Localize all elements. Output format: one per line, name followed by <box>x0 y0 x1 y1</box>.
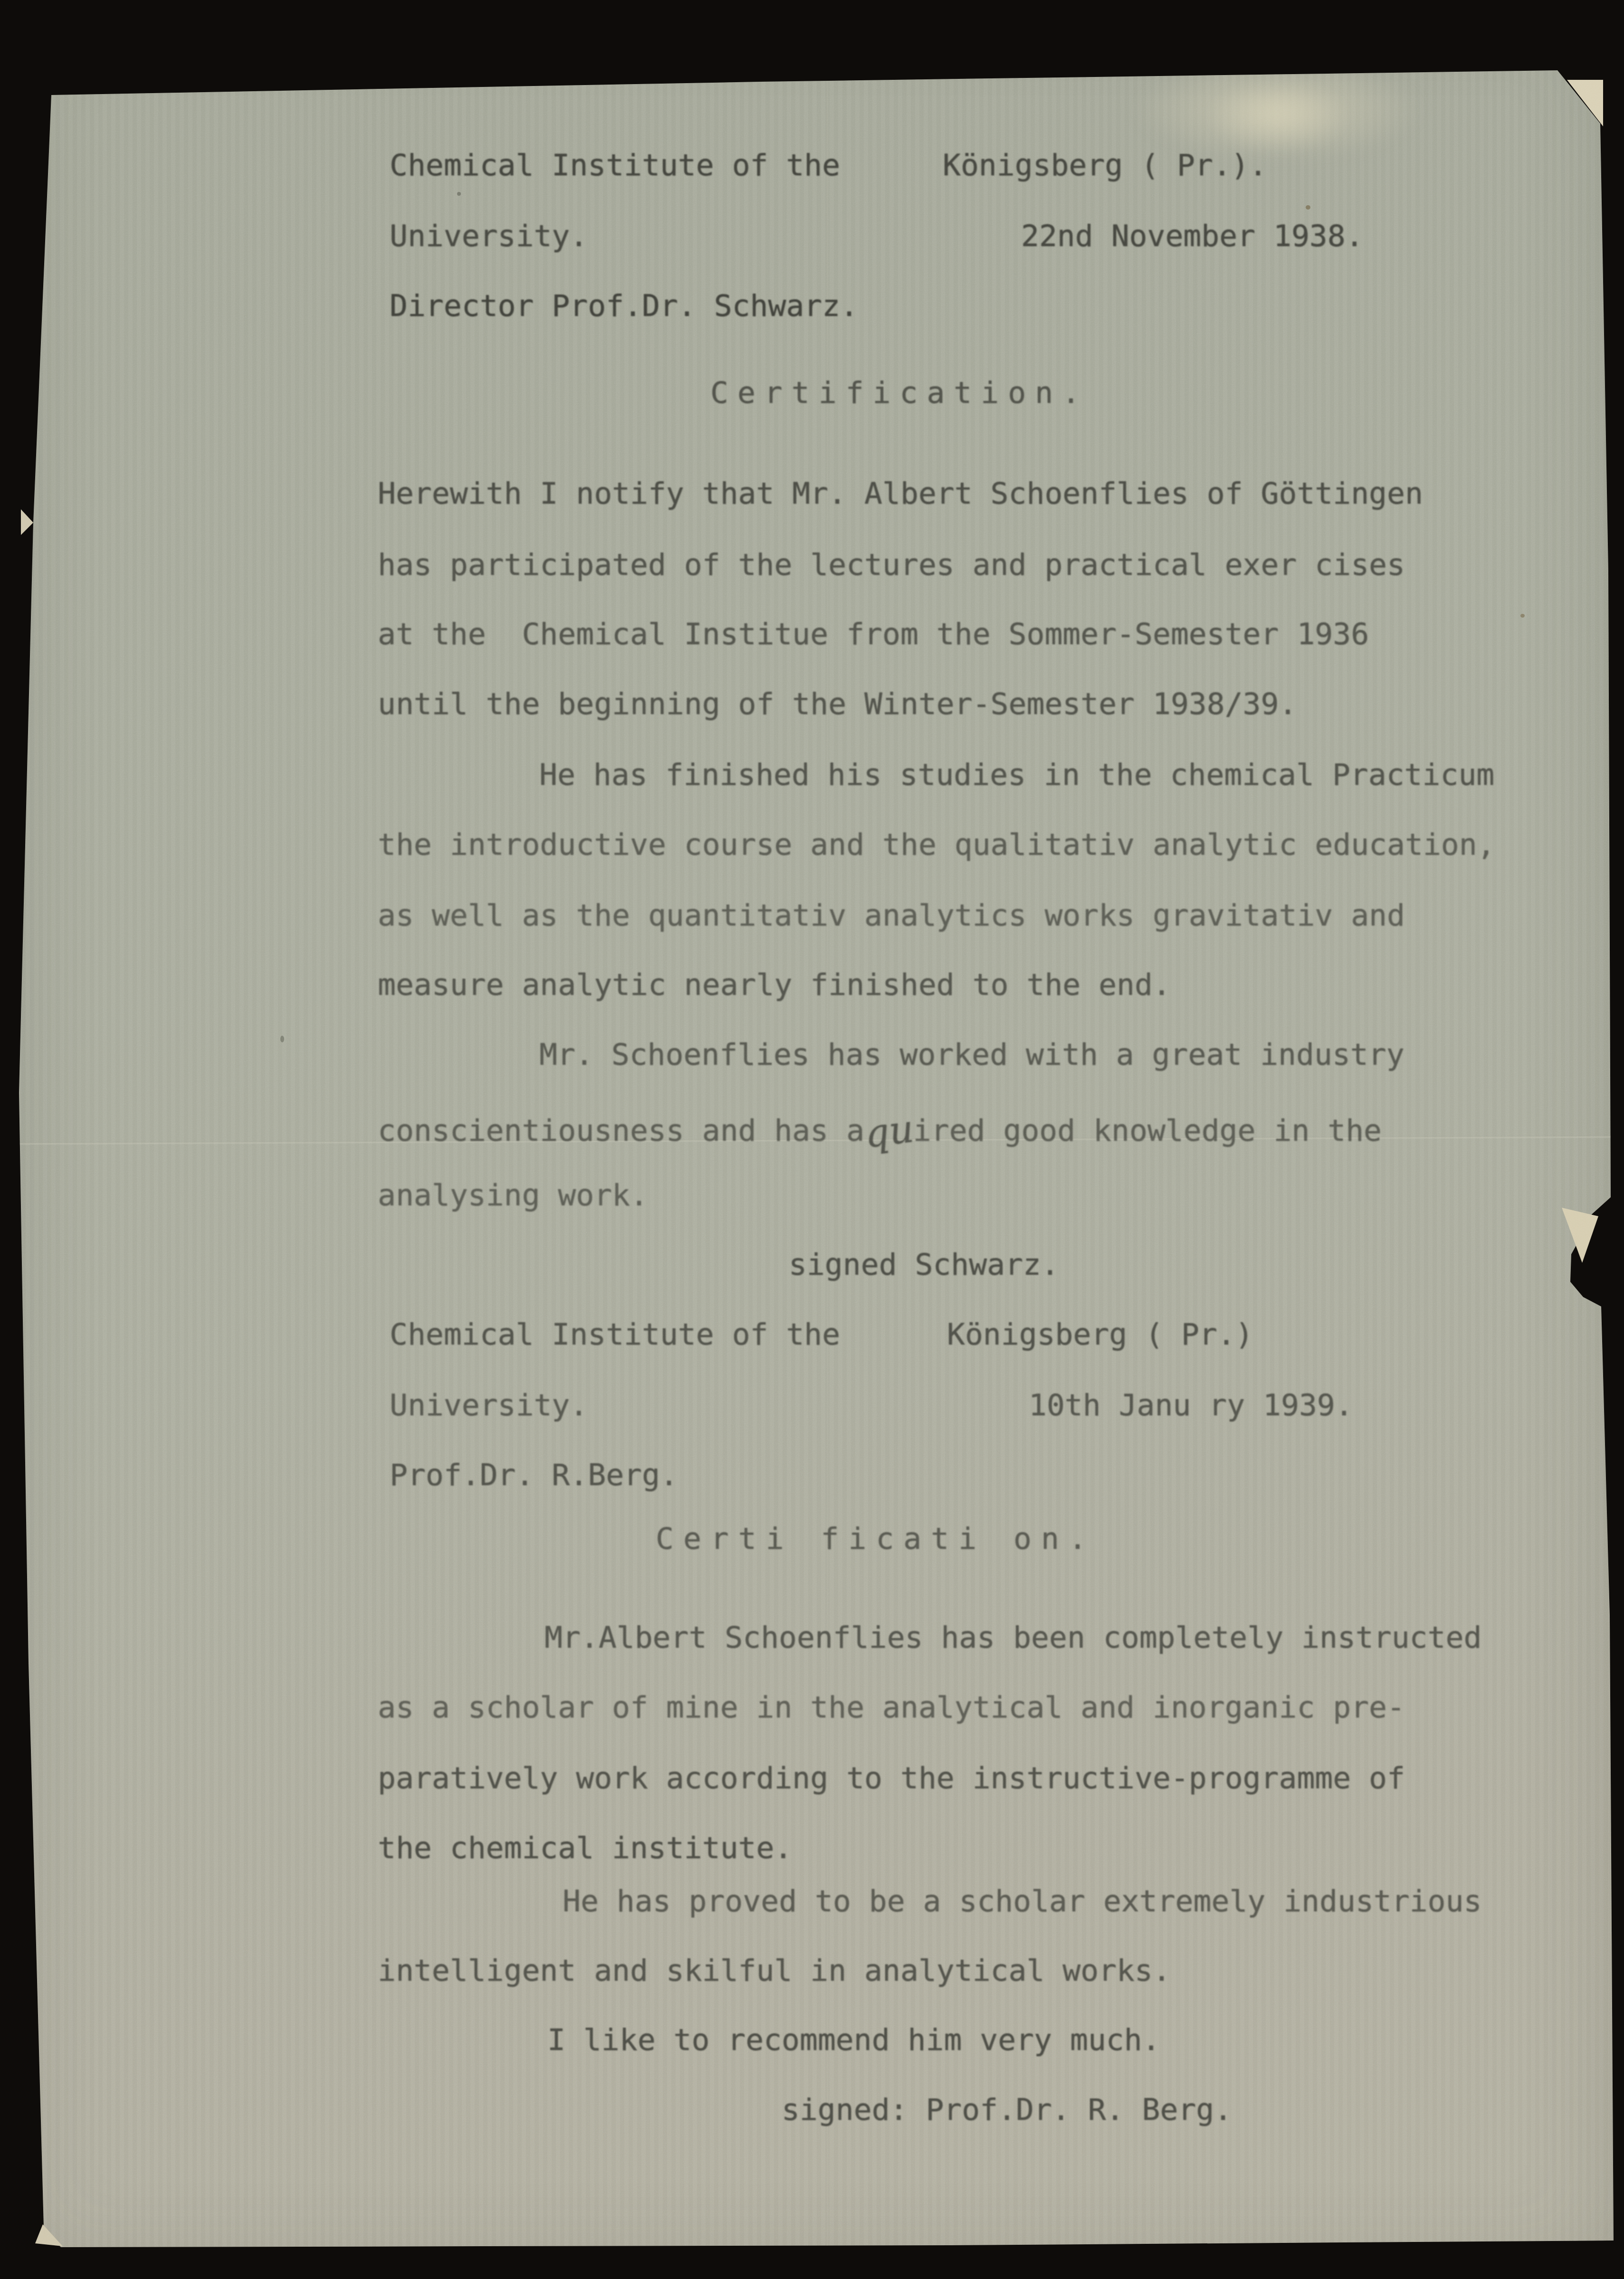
body-line: has participated of the lectures and pra… <box>378 550 1405 580</box>
recommendation-line: I like to recommend him very much. <box>547 2025 1160 2055</box>
institute-line: Prof.Dr. R.Berg. <box>390 1460 678 1490</box>
body-line: until the beginning of the Winter-Semest… <box>378 689 1297 719</box>
signature-line: signed Schwarz. <box>789 1249 1059 1279</box>
body-line: paratively work according to the instruc… <box>378 1763 1405 1793</box>
paper-sheet: Chemical Institute of the Königsberg ( P… <box>0 0 1624 2279</box>
institute-line: University. <box>390 1390 588 1420</box>
body-line: conscientiousness and has aquired good k… <box>378 1109 1382 1147</box>
certification-title: Certification. <box>710 378 1089 408</box>
body-line: at the Chemical Institue from the Sommer… <box>378 619 1369 649</box>
institute-line: Chemical Institute of the <box>390 1319 840 1349</box>
body-line: measure analytic nearly finished to the … <box>378 970 1171 1000</box>
typed-text: ired good knowledge in the <box>913 1113 1382 1148</box>
institute-line: University. <box>390 221 588 251</box>
certification-title: Certi ficati on. <box>656 1524 1096 1554</box>
body-line: as well as the quantitativ analytics wor… <box>378 900 1405 930</box>
body-line: He has proved to be a scholar extremely … <box>563 1886 1481 1916</box>
typed-text: conscientiousness and has a <box>378 1113 864 1148</box>
body-line: as a scholar of mine in the analytical a… <box>378 1692 1405 1722</box>
institute-line: Director Prof.Dr. Schwarz. <box>390 291 858 321</box>
body-line: Herewith I notify that Mr. Albert Schoen… <box>378 478 1423 508</box>
body-line: He has finished his studies in the chemi… <box>539 760 1494 790</box>
body-line: the introductive course and the qualitat… <box>378 830 1495 859</box>
body-line: analysing work. <box>378 1180 648 1210</box>
body-line: intelligent and skilful in analytical wo… <box>378 1955 1171 1985</box>
signature-line: signed: Prof.Dr. R. Berg. <box>782 2095 1232 2125</box>
typed-text-layer: Chemical Institute of the Königsberg ( P… <box>0 0 1624 2279</box>
date-line: 22nd November 1938. <box>1021 221 1364 251</box>
place-line: Königsberg ( Pr.) <box>947 1319 1253 1349</box>
body-line: Mr. Schoenflies has worked with a great … <box>539 1039 1404 1069</box>
handwritten-correction: qu <box>863 1110 916 1154</box>
scan-stage: Chemical Institute of the Königsberg ( P… <box>0 0 1624 2279</box>
place-line: Königsberg ( Pr.). <box>943 150 1267 180</box>
body-line: Mr.Albert Schoenflies has been completel… <box>545 1622 1481 1652</box>
institute-line: Chemical Institute of the <box>390 150 840 180</box>
date-line: 10th Janu ry 1939. <box>1029 1390 1353 1420</box>
body-line: the chemical institute. <box>378 1833 792 1863</box>
